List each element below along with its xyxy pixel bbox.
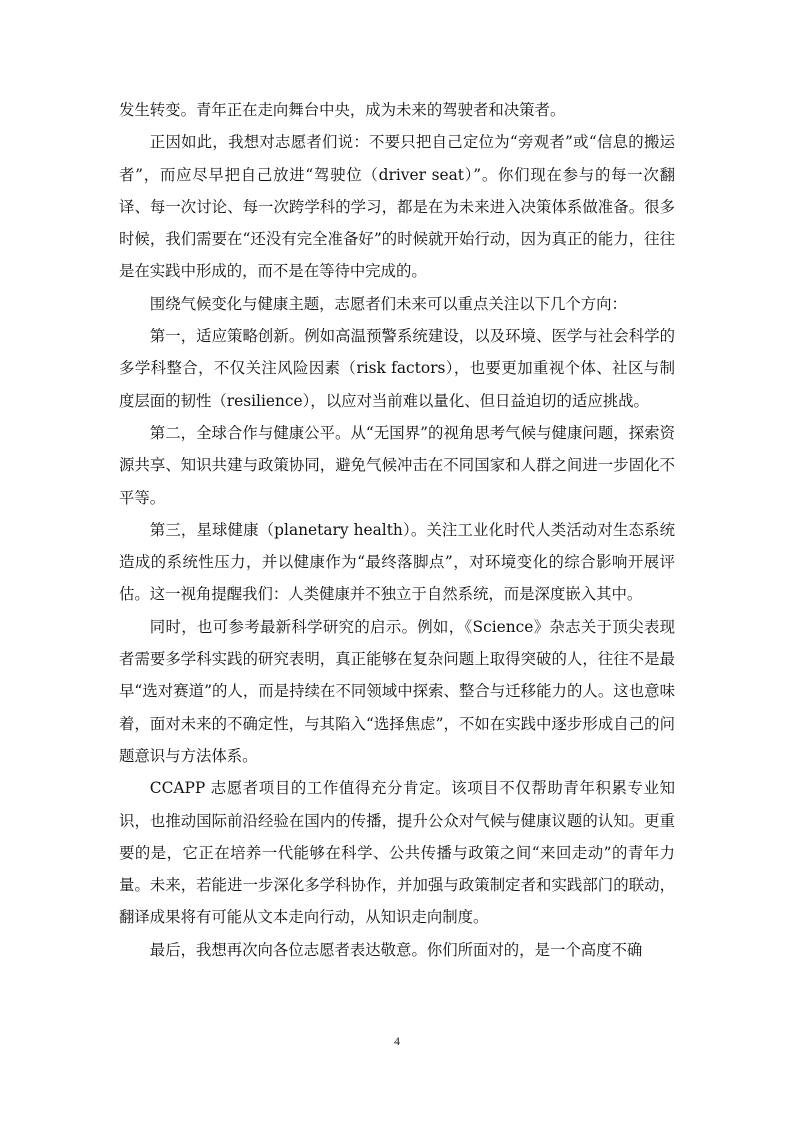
- paragraph-science-reference: 同时，也可参考最新科学研究的启示。例如，《Science》杂志关于顶尖表现者需要…: [119, 611, 675, 772]
- paragraph-second-equity: 第二，全球合作与健康公平。从“无国界”的视角思考气候与健康问题，探索资源共享、知…: [119, 417, 675, 514]
- paragraph-ccapp: CCAPP 志愿者项目的工作值得充分肯定。该项目不仅帮助青年积累专业知识，也推动…: [119, 772, 675, 933]
- document-page: 发生转变。青年正在走向舞台中央，成为未来的驾驶者和决策者。 正因如此，我想对志愿…: [0, 0, 794, 1123]
- paragraph-closing: 最后，我想再次向各位志愿者表达敬意。你们所面对的，是一个高度不确: [119, 934, 675, 966]
- paragraph-continuation: 发生转变。青年正在走向舞台中央，成为未来的驾驶者和决策者。: [119, 94, 675, 126]
- paragraph-directions-intro: 围绕气候变化与健康主题，志愿者们未来可以重点关注以下几个方向：: [119, 288, 675, 320]
- paragraph-first-adaptation: 第一，适应策略创新。例如高温预警系统建设，以及环境、医学与社会科学的多学科整合，…: [119, 320, 675, 417]
- page-number: 4: [0, 1034, 794, 1049]
- paragraph-driver-seat: 正因如此，我想对志愿者们说：不要只把自己定位为“旁观者”或“信息的搬运者”，而应…: [119, 126, 675, 287]
- paragraph-third-planetary-health: 第三，星球健康（planetary health）。关注工业化时代人类活动对生态…: [119, 514, 675, 611]
- body-text: 发生转变。青年正在走向舞台中央，成为未来的驾驶者和决策者。 正因如此，我想对志愿…: [119, 94, 675, 966]
